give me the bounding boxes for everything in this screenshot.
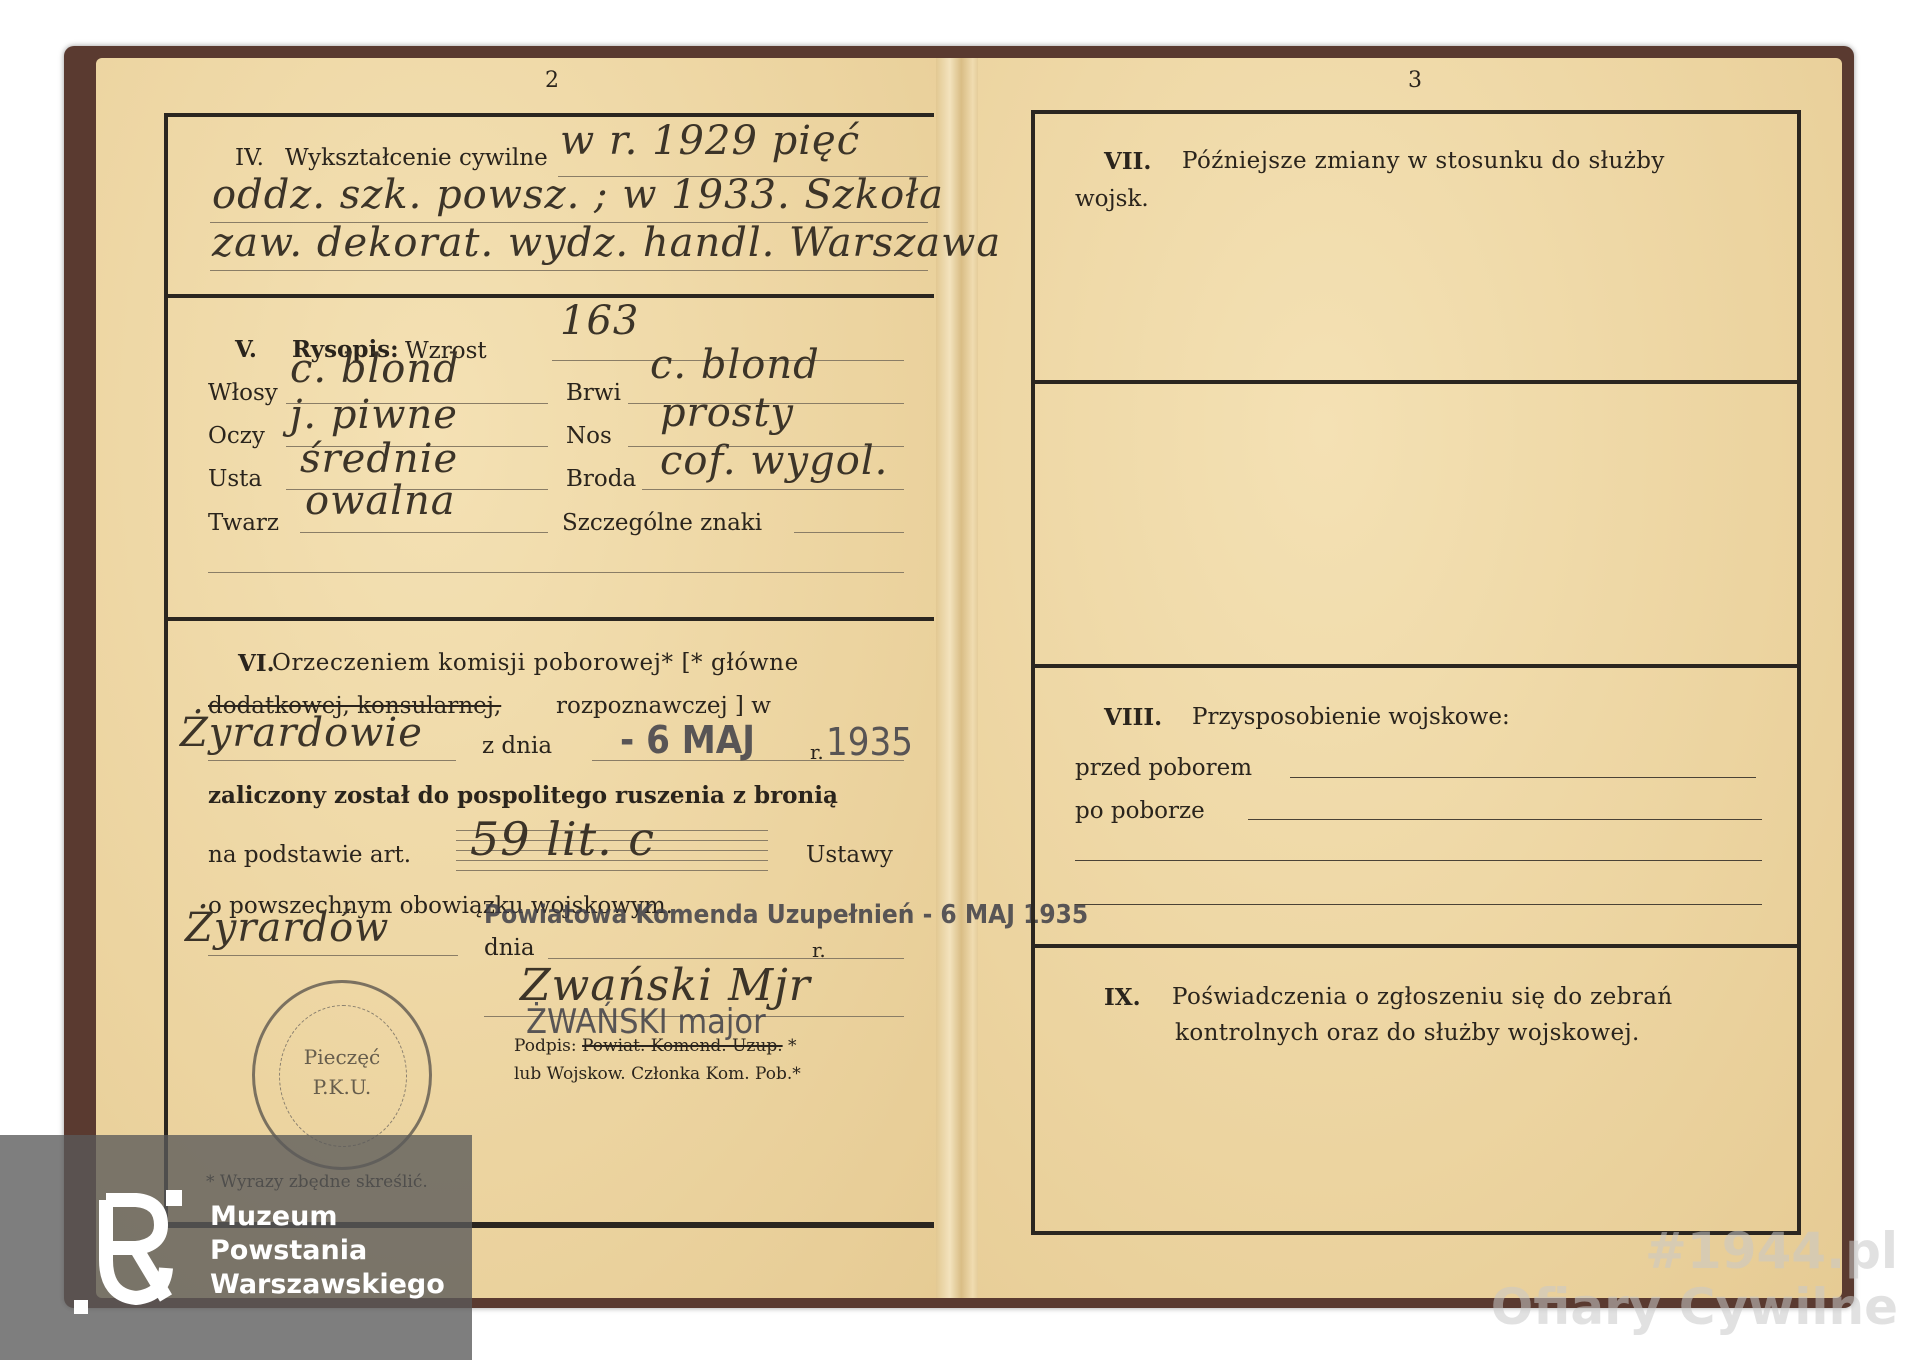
section-iv-label: Wykształcenie cywilne: [285, 145, 548, 171]
podpis-prefix: Podpis:: [514, 1036, 577, 1056]
podpis-struck: Powiat. Komend. Uzup.: [582, 1036, 783, 1056]
divider: [164, 294, 934, 298]
field-label-eyebrows: Brwi: [566, 380, 621, 406]
field-label-mouth: Usta: [208, 466, 262, 492]
section-ix-line2: kontrolnych oraz do służby wojskowej.: [1175, 1020, 1640, 1046]
kotwica-anchor-icon: [66, 1180, 186, 1330]
fill-line: [456, 870, 768, 871]
seal-label-1: Pieczęć: [255, 1045, 429, 1069]
section-vi-line2: rozpoznawczej ] w: [556, 693, 771, 719]
pku-date-stamp: Powiatowa Komenda Uzupełnień - 6 MAJ 193…: [484, 900, 1088, 930]
field-label-before-draft: przed poborem: [1075, 755, 1252, 781]
commission-place-handwritten: Żyrardowie: [180, 710, 423, 756]
section-viii-numeral: VIII.: [1104, 704, 1162, 731]
section-vii-numeral: VII.: [1104, 148, 1151, 175]
after-draft-line: [1248, 819, 1762, 820]
date-stamp: - 6 MAJ: [620, 718, 755, 762]
section-vi-numeral: VI.: [238, 650, 275, 677]
field-label-chin: Broda: [566, 466, 636, 492]
year-prefix: r.: [810, 740, 824, 764]
year-stamp: 1935: [826, 720, 913, 764]
field-label-after-draft: po poborze: [1075, 798, 1205, 824]
field-value-eyebrows: c. blond: [650, 342, 820, 388]
dnia-label: dnia: [484, 935, 535, 961]
section-viii-label: Przysposobienie wojskowe:: [1192, 704, 1510, 730]
fill-line: [1075, 860, 1762, 861]
z-dnia-label: z dnia: [482, 733, 552, 759]
field-label-hair: Włosy: [208, 380, 278, 406]
museum-logo-watermark: Muzeum Powstania Warszawskiego: [0, 1135, 472, 1360]
section-vii-line2: wojsk.: [1075, 186, 1149, 212]
education-handwritten-1: w r. 1929 pięć: [560, 118, 860, 164]
issue-place-handwritten: Żyrardów: [185, 905, 389, 951]
education-handwritten-2: oddz. szk. powsz. ; w 1933. Szkoła: [212, 172, 944, 218]
before-draft-line: [1290, 777, 1756, 778]
fill-line: [208, 572, 904, 573]
field-label-eyes: Oczy: [208, 423, 265, 449]
article-handwritten: 59 lit. c: [470, 812, 655, 866]
legal-basis-label: na podstawie art.: [208, 842, 411, 868]
logo-line-2: Powstania: [210, 1235, 367, 1266]
right-form-frame: [1031, 110, 1801, 1235]
page-number-left: 2: [545, 68, 559, 93]
site-subtitle-watermark: Ofiary Cywilne: [1491, 1278, 1898, 1336]
seal-label-2: P.K.U.: [255, 1075, 429, 1099]
divider: [1031, 664, 1801, 668]
fill-line: [300, 532, 548, 533]
field-value-nose: prosty: [660, 390, 794, 436]
field-label-face: Twarz: [208, 510, 279, 536]
section-iv-numeral: IV.: [235, 145, 264, 171]
field-label-marks: Szczególne znaki: [562, 510, 762, 536]
section-vii-line1: Późniejsze zmiany w stosunku do służby: [1182, 148, 1665, 174]
podpis-line2: lub Wojskow. Członka Kom. Pob.*: [514, 1064, 801, 1084]
field-value-chin: cof. wygol.: [660, 438, 888, 484]
fill-line: [794, 532, 904, 533]
field-value-hair: c. blond: [290, 346, 460, 392]
podpis-asterisk: *: [788, 1036, 797, 1056]
logo-line-3: Warszawskiego: [210, 1269, 445, 1300]
fill-line: [208, 760, 456, 761]
field-value-face: owalna: [305, 478, 456, 524]
fill-line: [1075, 904, 1762, 905]
education-handwritten-3: zaw. dekorat. wydz. handl. Warszawa: [212, 220, 1001, 266]
fill-line: [208, 955, 458, 956]
page-number-right: 3: [1408, 68, 1422, 93]
section-v-numeral: V.: [235, 336, 257, 363]
section-vi-line1: Orzeczeniem komisji poborowej* [* główne: [272, 650, 799, 676]
fill-line: [548, 958, 904, 959]
field-label-nose: Nos: [566, 423, 612, 449]
ustawy-label: Ustawy: [806, 842, 893, 868]
section-ix-numeral: IX.: [1104, 984, 1141, 1011]
fill-line: [642, 489, 904, 490]
divider: [1031, 380, 1801, 384]
divider: [164, 617, 934, 621]
divider: [1031, 944, 1801, 948]
field-value-eyes: j. piwne: [290, 392, 458, 438]
field-value-height: 163: [560, 298, 639, 344]
year-prefix-2: r.: [812, 938, 826, 962]
field-value-mouth: średnie: [300, 436, 458, 482]
classification-line: zaliczony został do pospolitego ruszenia…: [208, 782, 838, 809]
fill-line: [210, 270, 928, 271]
logo-line-1: Muzeum: [210, 1201, 337, 1232]
section-ix-line1: Poświadczenia o zgłoszeniu się do zebrań: [1172, 984, 1673, 1010]
site-watermark: #1944.pl: [1645, 1222, 1898, 1280]
